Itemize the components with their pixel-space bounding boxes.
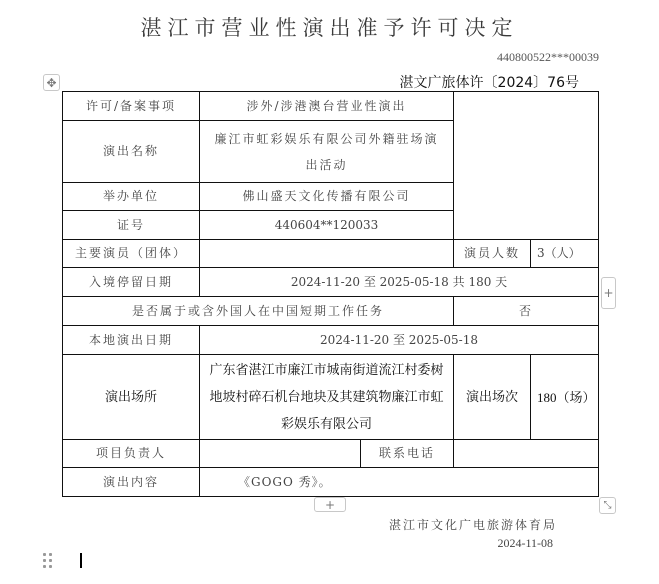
permit-item-value[interactable]: 涉外/涉港澳台营业性演出: [199, 91, 454, 121]
sessions-label: 演出场次: [453, 354, 531, 440]
venue-value[interactable]: 广东省湛江市廉江市城南街道流江村委树地坡村碎石机台地块及其建筑物廉江市虹彩娱乐有…: [199, 354, 454, 440]
entry-stay-value[interactable]: 2024-11-20 至 2025-05-18 共 180 天: [199, 267, 599, 297]
short-term-work-label: 是否属于或含外国人在中国短期工作任务: [62, 296, 454, 326]
license-label: 证号: [62, 210, 200, 240]
issue-date: 2024-11-08: [497, 536, 553, 551]
document-code: 440800522***00039: [497, 50, 599, 65]
table-resize-handle[interactable]: ⤡: [599, 497, 616, 514]
entry-stay-label: 入境停留日期: [62, 267, 200, 297]
add-column-button[interactable]: +: [601, 277, 616, 309]
performer-count-value[interactable]: 3（人）: [530, 239, 599, 268]
show-name-value[interactable]: 廉江市虹彩娱乐有限公司外籍驻场演出活动: [199, 120, 454, 183]
content-value[interactable]: 《GOGO 秀》。: [199, 467, 599, 497]
issuer-name: 湛江市文化广电旅游体育局: [389, 516, 557, 533]
document-number: 湛文广旅体许〔2024〕76号: [400, 72, 579, 92]
show-name-label: 演出名称: [62, 120, 200, 183]
performer-count-label: 演员人数: [453, 239, 531, 268]
permit-item-label: 许可/备案事项: [62, 91, 200, 121]
project-lead-label: 项目负责人: [62, 439, 200, 468]
drag-handle-icon[interactable]: [43, 553, 53, 569]
contact-phone-value[interactable]: [453, 439, 599, 468]
main-performers-label: 主要演员（团体）: [62, 239, 200, 268]
local-dates-value[interactable]: 2024-11-20 至 2025-05-18: [199, 325, 599, 355]
document-title: 湛江市营业性演出准予许可决定: [0, 12, 659, 42]
organizer-value[interactable]: 佛山盛天文化传播有限公司: [199, 182, 454, 211]
table-move-handle[interactable]: ✥: [43, 74, 60, 91]
short-term-work-value[interactable]: 否: [453, 296, 599, 326]
license-value[interactable]: 440604**120033: [199, 210, 454, 240]
blank-cell-top-right[interactable]: [453, 91, 599, 240]
contact-phone-label: 联系电话: [360, 439, 454, 468]
main-performers-value[interactable]: [199, 239, 454, 268]
text-cursor: [80, 553, 82, 568]
plus-icon: +: [325, 498, 335, 512]
project-lead-value[interactable]: [199, 439, 361, 468]
add-row-button[interactable]: +: [314, 497, 346, 512]
content-label: 演出内容: [62, 467, 200, 497]
plus-icon: +: [603, 286, 613, 300]
move-icon: ✥: [46, 76, 56, 90]
organizer-label: 举办单位: [62, 182, 200, 211]
venue-label: 演出场所: [62, 354, 200, 440]
resize-icon: ⤡: [604, 500, 612, 511]
local-dates-label: 本地演出日期: [62, 325, 200, 355]
sessions-value[interactable]: 180（场）: [530, 354, 599, 440]
